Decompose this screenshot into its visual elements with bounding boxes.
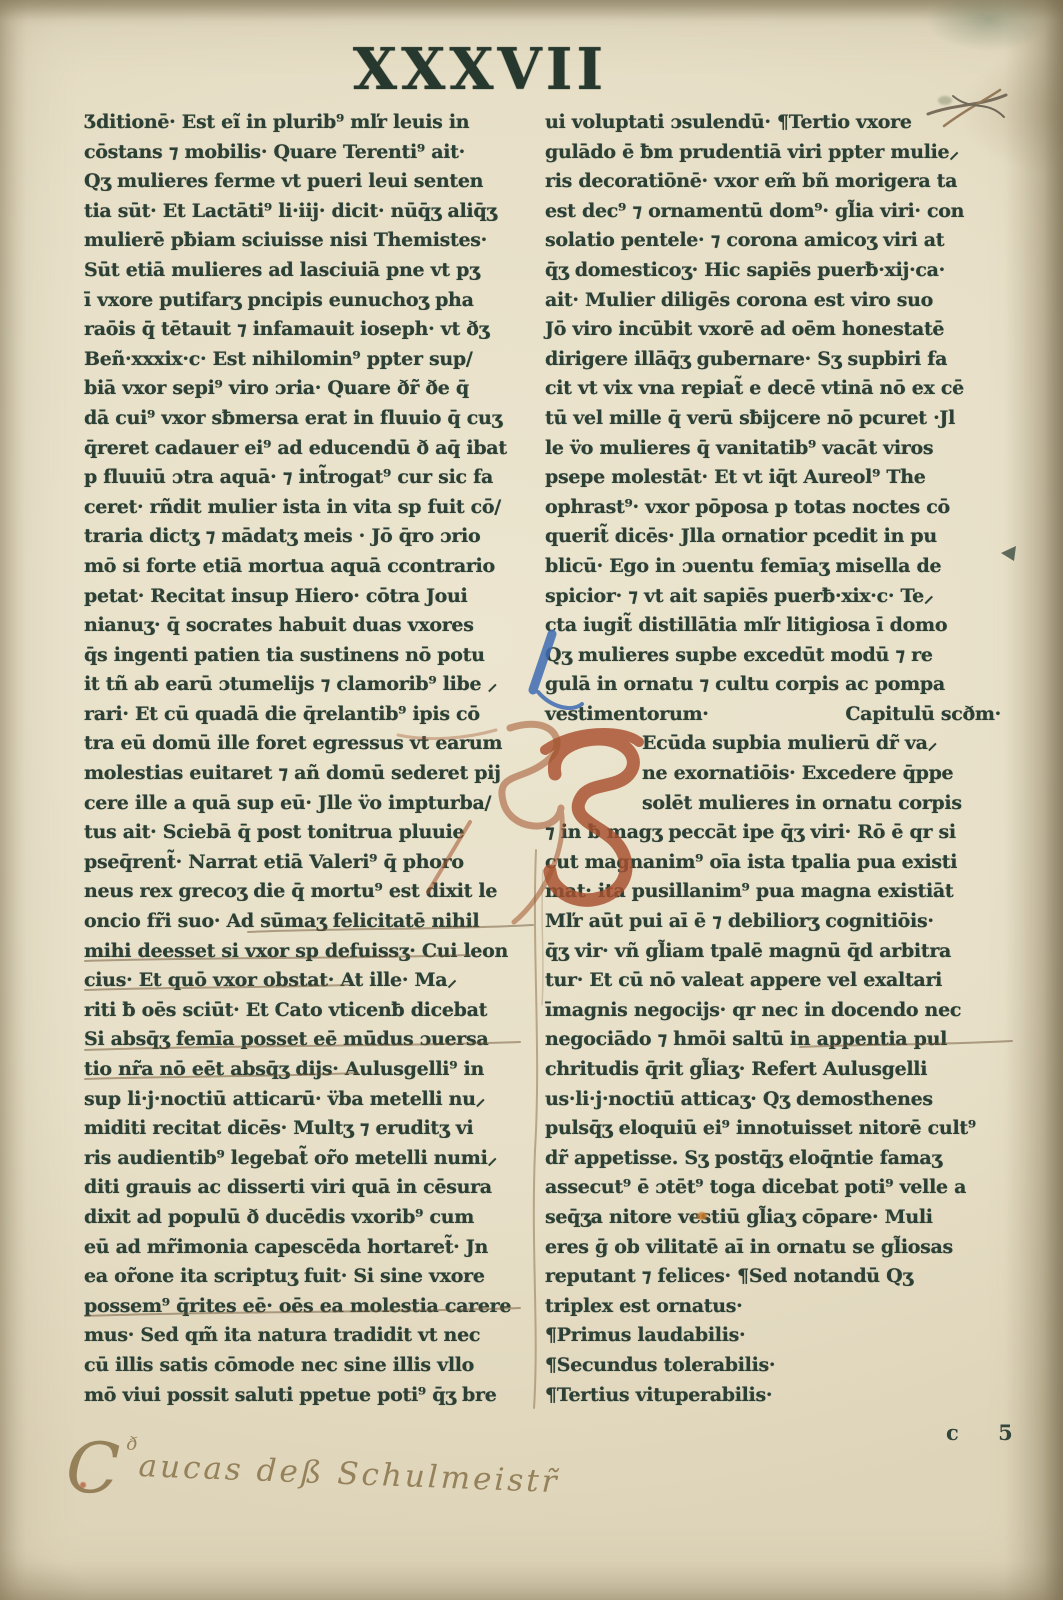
- text-line: it tñ ab earū ɔtumelijs ⁊ clamorib⁹ libe…: [84, 670, 542, 700]
- text-line: mō viui possit saluti ppetue poti⁹ q̄ʒ b…: [84, 1381, 542, 1411]
- text-line: ris audientib⁹ legebat̃ or̃o metelli num…: [84, 1144, 542, 1174]
- text-line: Beñ·xxxix·c· Est nihilomin⁹ ppter sup/: [84, 345, 542, 375]
- text-line: ophrast⁹· vxor pōposa p totas noctes cō: [545, 493, 1003, 523]
- text-line: ī vxore putifarʒ pncipis eunuchoʒ pha: [84, 286, 542, 316]
- text-line: mulierē pƀiam sciuisse nisi Themistes·: [84, 226, 542, 256]
- text-line: cut magnanim⁹ oīa ista tpalia pua existi: [545, 848, 1003, 878]
- paper-stain: [938, 96, 952, 105]
- text-column-left: Ʒditionē· Est eĩ in plurib⁹ mľr leuis in…: [84, 108, 542, 1410]
- text-line: psepe molestāt· Et vt iq̄t Aureol⁹ The: [545, 463, 1003, 493]
- text-line: tus ait· Sciebā q̄ post tonitrua pluuie: [84, 818, 542, 848]
- text-line: q̄ʒ domesticoʒ· Hic sapiēs puerƀ·xij·ca·: [545, 256, 1003, 286]
- inscription-text: aucas deß Schulmeistr̃: [138, 1448, 560, 1500]
- text-line: q̄s ingenti patien tia sustinens nō potu: [84, 641, 542, 671]
- text-line: blicū· Ego in ɔuentu femīaʒ misella de: [545, 552, 1003, 582]
- text-line: cta iugit̃ distillātia mľr litigiosa ī d…: [545, 611, 1003, 641]
- paper-stain: [697, 1212, 707, 1220]
- text-line: īmagnis negocijs· qr nec in docendo nec: [545, 996, 1003, 1026]
- text-line: Si absq̄ʒ femīa posset eē mūdus ɔuersa: [84, 1025, 542, 1055]
- text-line: ⁊ in ƀ magʒ peccāt ipe q̄ʒ viri· Rō ē qr…: [545, 818, 1003, 848]
- folio-number: XXXVII: [280, 36, 680, 103]
- text-line: us·li·j·noctiū atticaʒ· Qʒ demosthenes: [545, 1085, 1003, 1115]
- text-line: tra eū domū ille foret egressus vt earum: [84, 729, 542, 759]
- paper-stain: [80, 1482, 86, 1488]
- text-line: eū ad mr̃imonia capescēda hortaret̃· Jn: [84, 1233, 542, 1263]
- text-line: traria dictʒ ⁊ mādatʒ meis · Jō q̄ro ɔri…: [84, 522, 542, 552]
- text-line: p fluuiū ɔtra aquā· ⁊ int̃rogat⁹ cur sic…: [84, 463, 542, 493]
- text-line: tia sūt· Et Lactāti⁹ li·iij· dicit· nūq̄…: [84, 197, 542, 227]
- text-line: reputant ⁊ felices· ¶Sed notandū Qʒ: [545, 1262, 1003, 1292]
- text-line: dr̃ appetisse. Sʒ postq̄ʒ eloq̄ntie fama…: [545, 1144, 1003, 1174]
- text-line: tio nr̃a nō eēt absq̄ʒ dijs· Aulusgelli⁹…: [84, 1055, 542, 1085]
- text-line: pseq̄rent̃· Narrat etiā Valeri⁹ q̄ phoro: [84, 848, 542, 878]
- text-line: vestimentorum·Capitulū scðm·: [545, 700, 1003, 730]
- text-column-right: ui voluptati ɔsulendū· ¶Tertio vxoregulā…: [545, 108, 1003, 1410]
- text-line: Qʒ mulieres supbe excedūt modū ⁊ re: [545, 641, 1003, 671]
- inscription-initial: C: [65, 1426, 128, 1510]
- text-line: querit̃ dicēs· Jlla ornatior pcedit in p…: [545, 522, 1003, 552]
- text-line: dirigere illāq̄ʒ gubernare· Sʒ supbiri f…: [545, 345, 1003, 375]
- text-line: seq̄ʒa nitore vestiū gl̃iaʒ cōpare· Muli: [545, 1203, 1003, 1233]
- text-line: Ʒditionē· Est eĩ in plurib⁹ mľr leuis in: [84, 108, 542, 138]
- text-line: oncio fr̃i suo· Ad sūmaʒ felicitatē nihi…: [84, 907, 542, 937]
- text-line: spicior· ⁊ vt ait sapiēs puerƀ·xix·c· Te…: [545, 582, 1003, 612]
- text-line: ris decoratiōnē· vxor em̃ bñ morigera ta: [545, 167, 1003, 197]
- text-line: Mľr aūt pui aī ē ⁊ debiliorʒ cognitiōis·: [545, 907, 1003, 937]
- text-line: le v̈o mulieres q̄ vanitatib⁹ vacāt viro…: [545, 434, 1003, 464]
- text-line: q̄reret cadauer ei⁹ ad educendū ð aq̄ ib…: [84, 434, 542, 464]
- text-line: Ecūda supbia mulierū dr̃ va⸝: [545, 729, 1003, 759]
- text-line: cū illis satis cōmode nec sine illis vll…: [84, 1351, 542, 1381]
- text-line: petat· Recitat insup Hiero· cōtra Joui: [84, 582, 542, 612]
- text-line: mus· Sed qm̃ ita natura tradidit vt nec: [84, 1321, 542, 1351]
- text-line: mihi deesset si vxor sp defuissʒ· Cui le…: [84, 937, 542, 967]
- text-line-left: vestimentorum·: [545, 700, 709, 730]
- text-line: solatio pentele· ⁊ corona amicoʒ viri at: [545, 226, 1003, 256]
- text-line: riti ƀ oēs sciūt· Et Cato vticenƀ diceba…: [84, 996, 542, 1026]
- text-line: mō si forte etiā mortua aquā ccontrario: [84, 552, 542, 582]
- text-line: sup li·j·noctiū atticarū· v̈ba metelli n…: [84, 1085, 542, 1115]
- text-line: ait· Mulier diligēs corona est viro suo: [545, 286, 1003, 316]
- text-line: ea or̃one ita scriptuʒ fuit· Si sine vxo…: [84, 1262, 542, 1292]
- text-line: chritudis q̄rit gl̃iaʒ· Refert Aulusgell…: [545, 1055, 1003, 1085]
- text-line: cere ille a quā sup eū· Jlle v̈o impturb…: [84, 789, 542, 819]
- text-line: mat· ita pusillanim⁹ pua magna existiāt: [545, 877, 1003, 907]
- text-line: ¶Secundus tolerabilis·: [545, 1351, 1003, 1381]
- text-line: Jō viro incūbit vxorē ad oēm honestatē: [545, 315, 1003, 345]
- text-line: q̄ʒ vir· vñ gl̃iam tpalē magnū q̄d arbit…: [545, 937, 1003, 967]
- text-line: gulādo ē ƀm prudentiā viri ppter mulie⸝: [545, 138, 1003, 168]
- text-line: neus rex grecoʒ die q̄ mortu⁹ est dixit …: [84, 877, 542, 907]
- text-line: cit vt vix vna repiat̃ e decē vtinā nō e…: [545, 374, 1003, 404]
- text-line: ne exornatiōis· Excedere q̄ppe: [545, 759, 1003, 789]
- text-line: eres ḡ ob vilitatē aī in ornatu se gl̃io…: [545, 1233, 1003, 1263]
- text-line: tū vel mille q̄ verū sƀijcere nō pcuret …: [545, 404, 1003, 434]
- text-line: cius· Et quō vxor obstat· At ille· Ma⸝: [84, 966, 542, 996]
- ownership-inscription: Cðaucas deß Schulmeistr̃: [65, 1431, 627, 1523]
- quire-signature: c 5: [946, 1420, 1029, 1445]
- incunabulum-page: XXXVII Ʒditionē· Est eĩ in plurib⁹ mľr l…: [0, 0, 1063, 1600]
- text-line: solēt mulieres in ornatu corpis: [545, 789, 1003, 819]
- text-line: biā vxor sepi⁹ viro ɔria· Quare ðr̃ ðe q…: [84, 374, 542, 404]
- text-line: Qʒ mulieres ferme vt pueri leui senten: [84, 167, 542, 197]
- text-line: tur· Et cū nō valeat appere vel exaltari: [545, 966, 1003, 996]
- text-line: gulā in ornatu ⁊ cultu corpis ac pompa: [545, 670, 1003, 700]
- text-line: miditi recitat dicēs· Multʒ ⁊ eruditʒ vi: [84, 1114, 542, 1144]
- text-line: dā cui⁹ vxor sƀmersa erat in fluuio q̄ c…: [84, 404, 542, 434]
- text-line: est dec⁹ ⁊ ornamentū dom⁹· gl̃ia viri· c…: [545, 197, 1003, 227]
- text-line: diti grauis ac disserti viri quā in cēsu…: [84, 1173, 542, 1203]
- text-line: triplex est ornatus·: [545, 1292, 1003, 1322]
- chapter-heading: Capitulū scðm·: [845, 700, 1001, 730]
- text-line: pulsq̄ʒ eloquiū ei⁹ innotuisset nitorē c…: [545, 1114, 1003, 1144]
- text-line: raōis q̄ tētauit ⁊ infamauit ioseph· vt …: [84, 315, 542, 345]
- text-line: ceret· rñdit mulier ista in vita sp fuit…: [84, 493, 542, 523]
- text-line: possem⁹ q̄rites eē· oēs ea molestia care…: [84, 1292, 542, 1322]
- text-line: assecut⁹ ē ɔtēt⁹ toga dicebat poti⁹ vell…: [545, 1173, 1003, 1203]
- text-line: molestias euitaret ⁊ añ domū sederet pij: [84, 759, 542, 789]
- text-line: ¶Primus laudabilis·: [545, 1321, 1003, 1351]
- text-line: Sūt etiā mulieres ad lasciuiā pne vt pʒ: [84, 256, 542, 286]
- text-line: cōstans ⁊ mobilis· Quare Terenti⁹ ait·: [84, 138, 542, 168]
- text-line: dixit ad populū ð ducēdis vxorib⁹ cum: [84, 1203, 542, 1233]
- text-line: ¶Tertius vituperabilis·: [545, 1381, 1003, 1411]
- text-line: nianuʒ· q̄ socrates habuit duas vxores: [84, 611, 542, 641]
- text-line: ui voluptati ɔsulendū· ¶Tertio vxore: [545, 108, 1003, 138]
- text-line: negociādo ⁊ hmōi saltū in appentia pul: [545, 1025, 1003, 1055]
- text-line: rari· Et cū quadā die q̄relantib⁹ ipis c…: [84, 700, 542, 730]
